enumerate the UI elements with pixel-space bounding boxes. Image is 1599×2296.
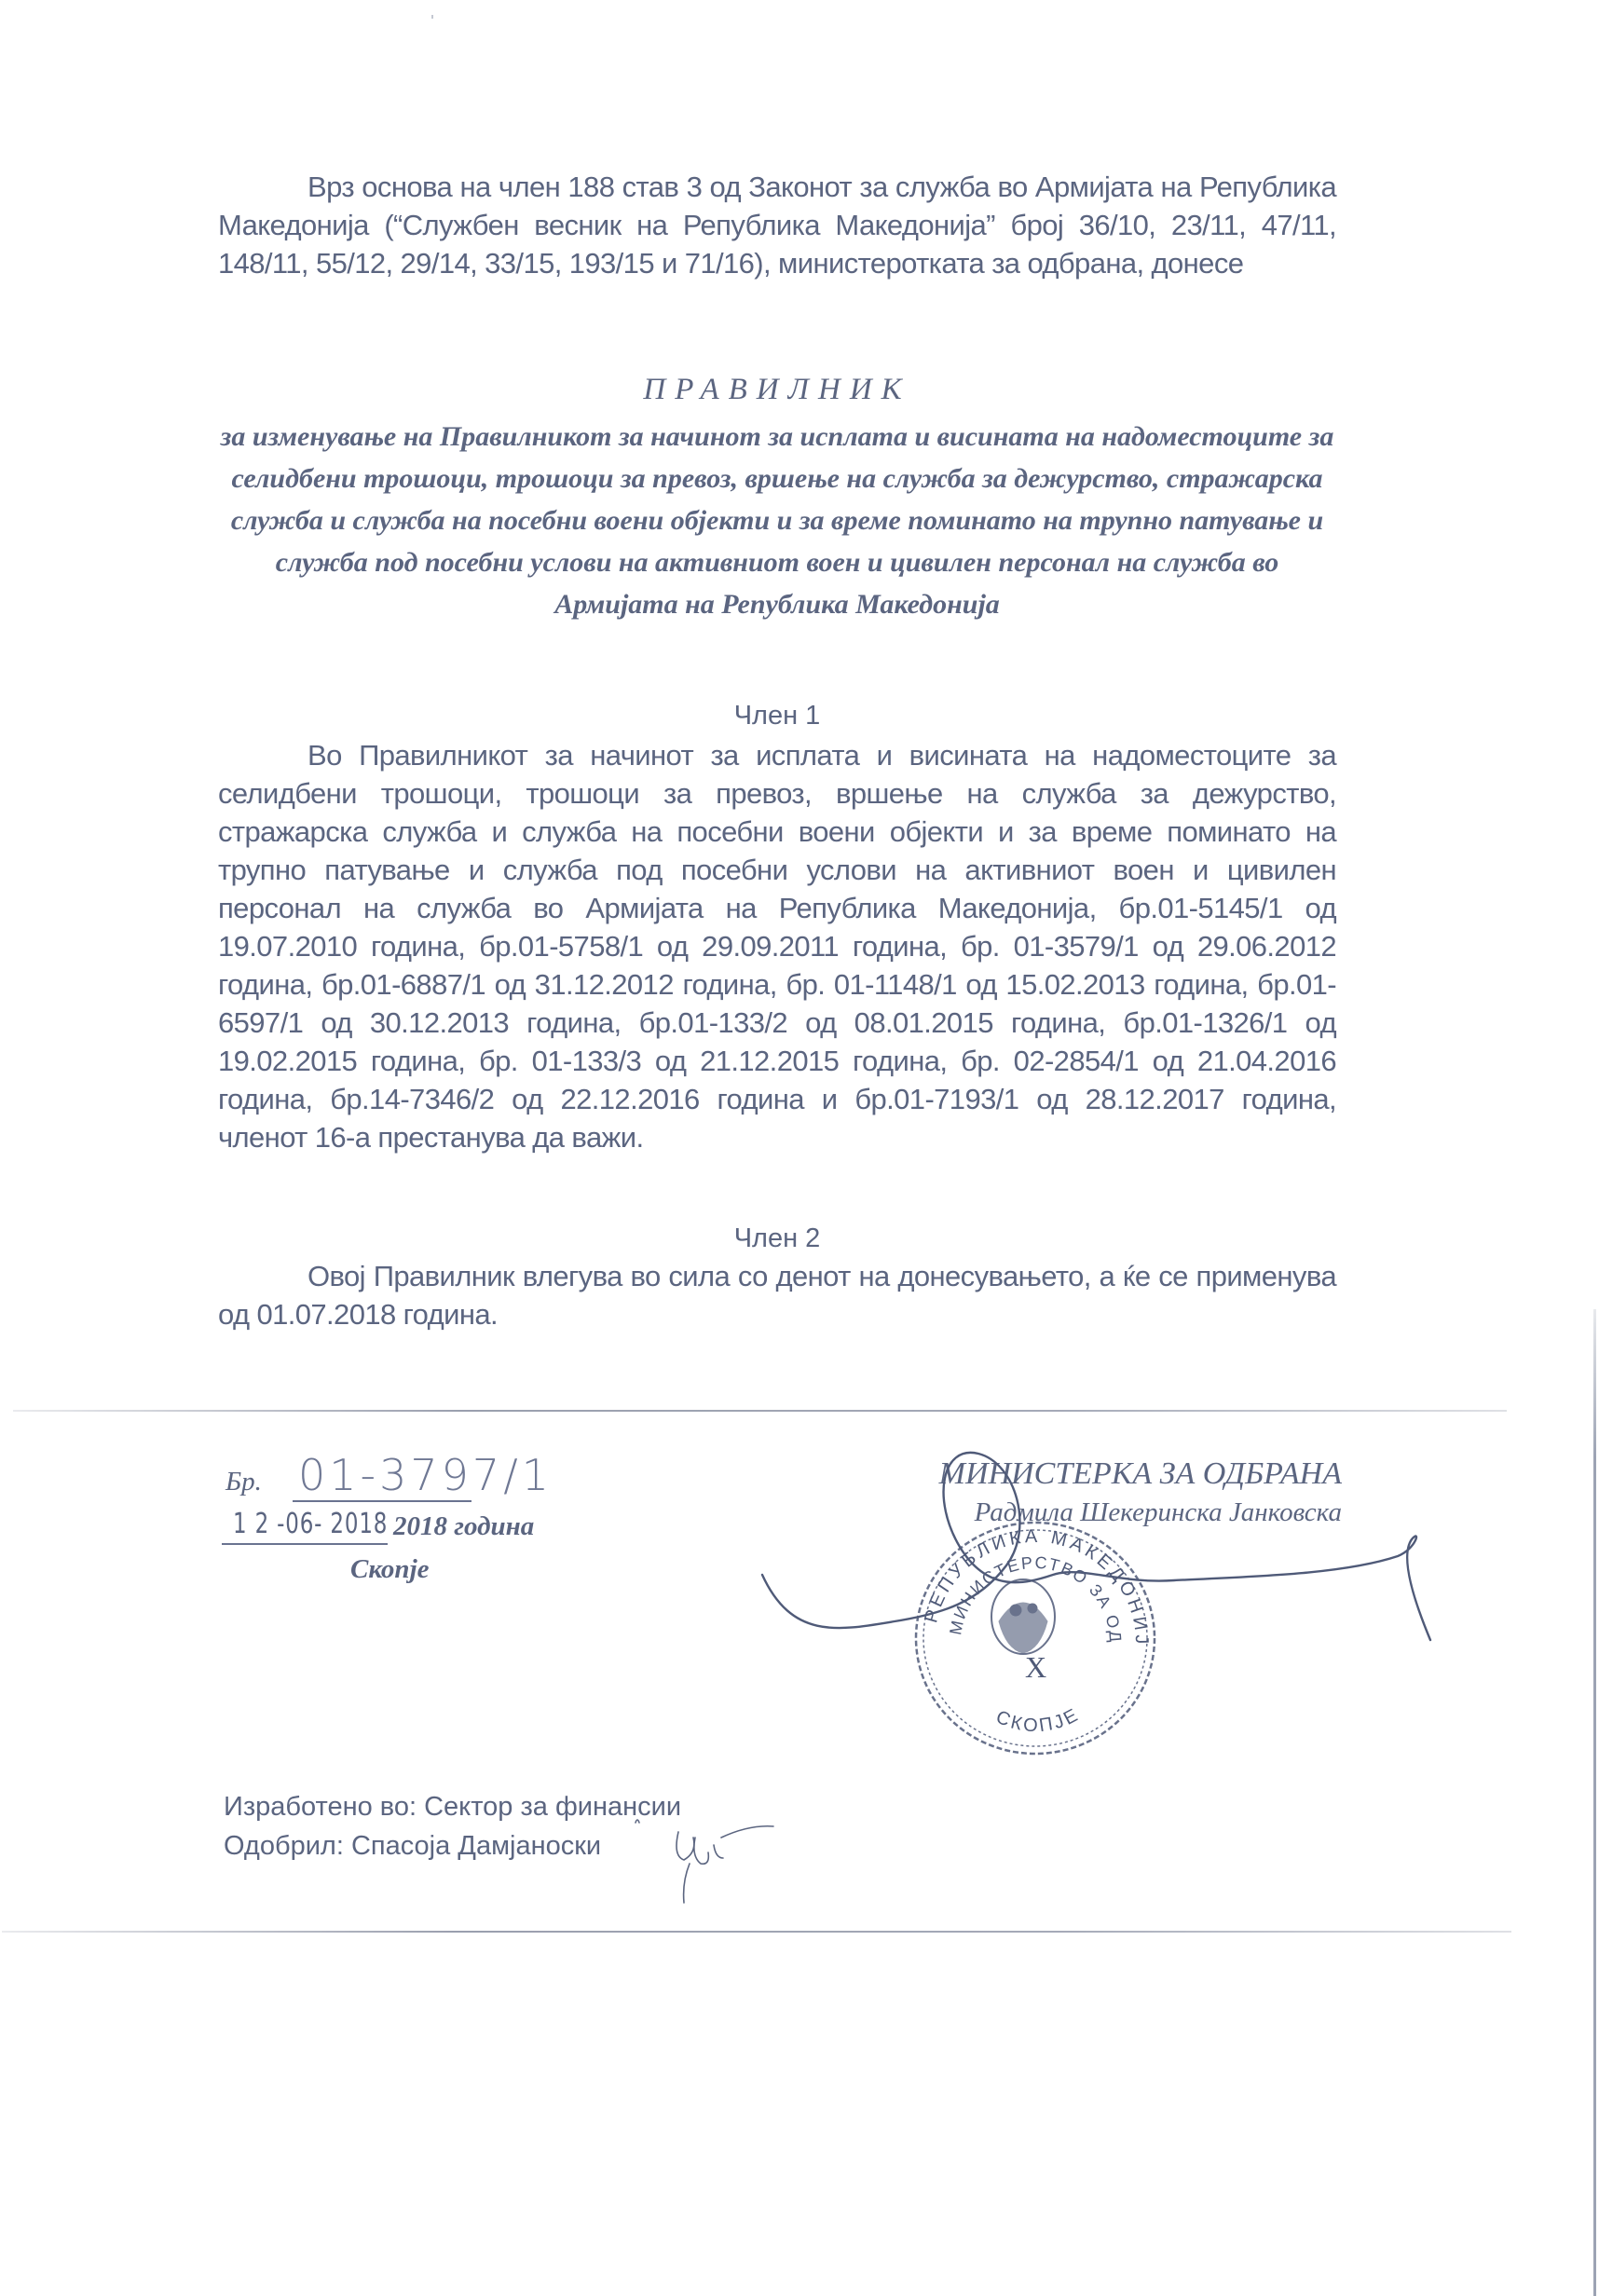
scanned-document-page: Врз основа на член 188 став 3 од Законот… <box>0 0 1599 2296</box>
scan-edge <box>1593 1309 1596 2296</box>
seal-outer-text: РЕПУБЛИКА МАКЕДОНИЈА <box>0 0 1152 1647</box>
seal-center-mark: X <box>1025 1650 1046 1684</box>
bottom-divider-line <box>2 1931 1511 1933</box>
svg-text:СКОПЈЕ: СКОПЈЕ <box>993 1704 1084 1737</box>
approved-by: Одобрил: Спасоја Дамјаноски <box>224 1826 681 1865</box>
svg-text:МИНИСТЕРСТВО ЗА ОДБРАНА: МИНИСТЕРСТВО ЗА ОДБРАНА <box>0 0 1125 1645</box>
footer-block: Изработено во: Сектор за финансии Одобри… <box>224 1787 681 1865</box>
prepared-in: Изработено во: Сектор за финансии <box>224 1787 681 1826</box>
seal-and-signatures-layer: РЕПУБЛИКА МАКЕДОНИЈА МИНИСТЕРСТВО ЗА ОДБ… <box>0 0 1599 2296</box>
seal-inner-text: МИНИСТЕРСТВО ЗА ОДБРАНА <box>0 0 1125 1645</box>
svg-text:РЕПУБЛИКА МАКЕДОНИЈА: РЕПУБЛИКА МАКЕДОНИЈА <box>0 0 1152 1647</box>
seal-bottom-text: СКОПЈЕ <box>993 1704 1084 1737</box>
